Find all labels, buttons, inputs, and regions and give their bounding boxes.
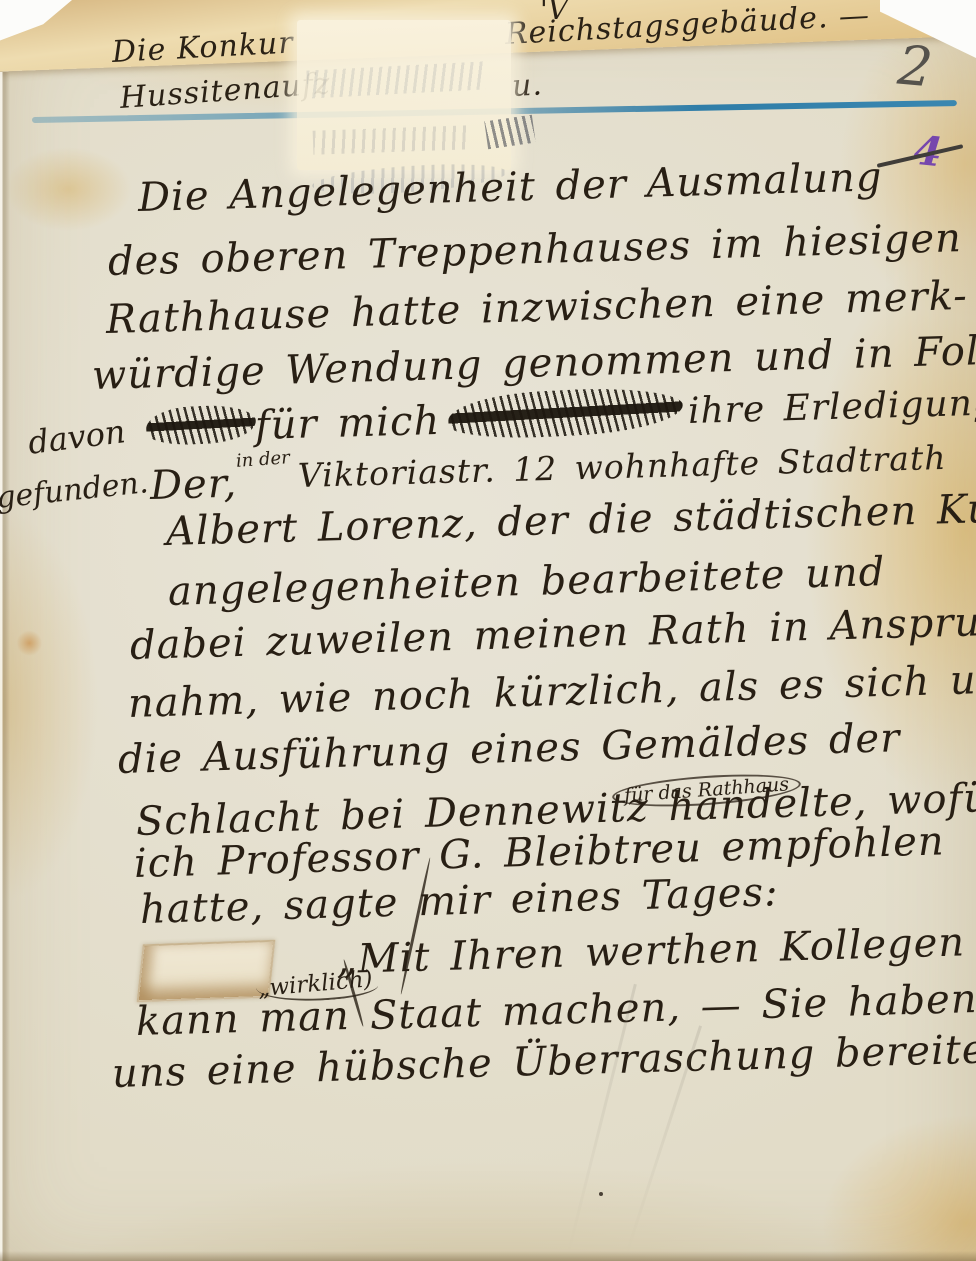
archival-mark: 'V bbox=[540, 0, 568, 24]
manuscript-line-fragment: für mich bbox=[254, 399, 440, 448]
interline-insertion: in der bbox=[235, 448, 290, 472]
manuscript-line-fragment: Der, bbox=[149, 462, 237, 508]
paper-edge-bottom bbox=[0, 1251, 976, 1261]
tape-remnant bbox=[137, 940, 276, 1003]
header-subtitle-right: u. bbox=[511, 68, 544, 103]
tape-repair-patch bbox=[297, 20, 511, 170]
manuscript-line-fragment: ihre Erledigung, bbox=[687, 383, 976, 432]
ink-speck bbox=[599, 1192, 603, 1196]
page-number: 2 bbox=[896, 39, 935, 96]
manuscript-scan: Die Konkur Reichstagsgebäude. — Hussiten… bbox=[0, 0, 976, 1261]
manuscript-line-fragment: kann man bbox=[135, 994, 350, 1044]
paper-edge-left bbox=[0, 72, 10, 1261]
